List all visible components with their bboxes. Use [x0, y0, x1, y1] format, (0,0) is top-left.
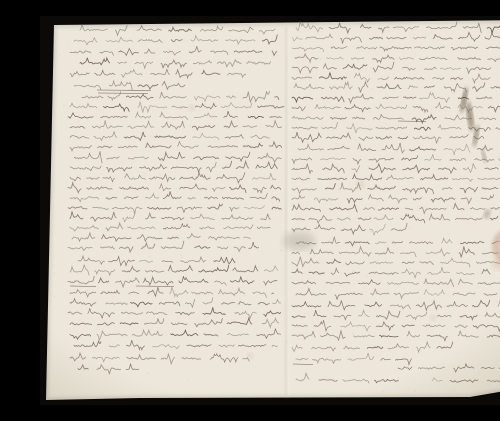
manuscript-canvas	[40, 16, 500, 405]
manuscript-photo: Photograph of a two-page handwritten man…	[40, 16, 500, 405]
fold-smudge	[283, 232, 315, 250]
paper-sheet	[46, 20, 500, 400]
